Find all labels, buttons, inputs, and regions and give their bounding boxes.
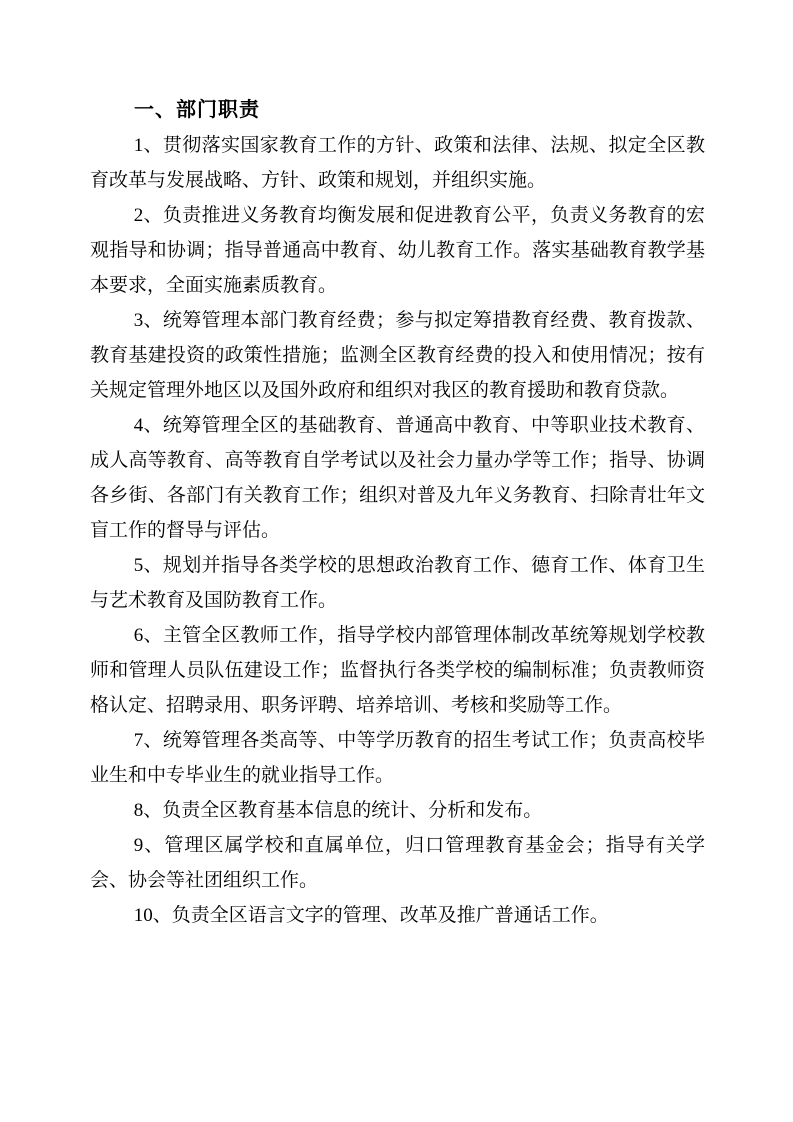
- document-title: 一、部门职责: [90, 93, 705, 128]
- paragraph-6: 6、主管全区教师工作，指导学校内部管理体制改革统筹规划学校教师和管理人员队伍建设…: [90, 618, 705, 723]
- paragraph-1: 1、贯彻落实国家教育工作的方针、政策和法律、法规、拟定全区教育改革与发展战略、方…: [90, 128, 705, 198]
- paragraph-9: 9、管理区属学校和直属单位，归口管理教育基金会；指导有关学会、协会等社团组织工作…: [90, 828, 705, 898]
- paragraph-8: 8、负责全区教育基本信息的统计、分析和发布。: [90, 793, 705, 828]
- document-page: 一、部门职责 1、贯彻落实国家教育工作的方针、政策和法律、法规、拟定全区教育改革…: [0, 0, 793, 1122]
- paragraph-7: 7、统筹管理各类高等、中等学历教育的招生考试工作；负责高校毕业生和中专毕业生的就…: [90, 723, 705, 793]
- paragraph-5: 5、规划并指导各类学校的思想政治教育工作、德育工作、体育卫生与艺术教育及国防教育…: [90, 548, 705, 618]
- document-content: 一、部门职责 1、贯彻落实国家教育工作的方针、政策和法律、法规、拟定全区教育改革…: [90, 93, 705, 933]
- paragraph-2: 2、负责推进义务教育均衡发展和促进教育公平，负责义务教育的宏观指导和协调；指导普…: [90, 198, 705, 303]
- paragraph-10: 10、负责全区语言文字的管理、改革及推广普通话工作。: [90, 898, 705, 933]
- paragraph-4: 4、统筹管理全区的基础教育、普通高中教育、中等职业技术教育、成人高等教育、高等教…: [90, 408, 705, 548]
- paragraph-3: 3、统筹管理本部门教育经费；参与拟定筹措教育经费、教育拨款、教育基建投资的政策性…: [90, 303, 705, 408]
